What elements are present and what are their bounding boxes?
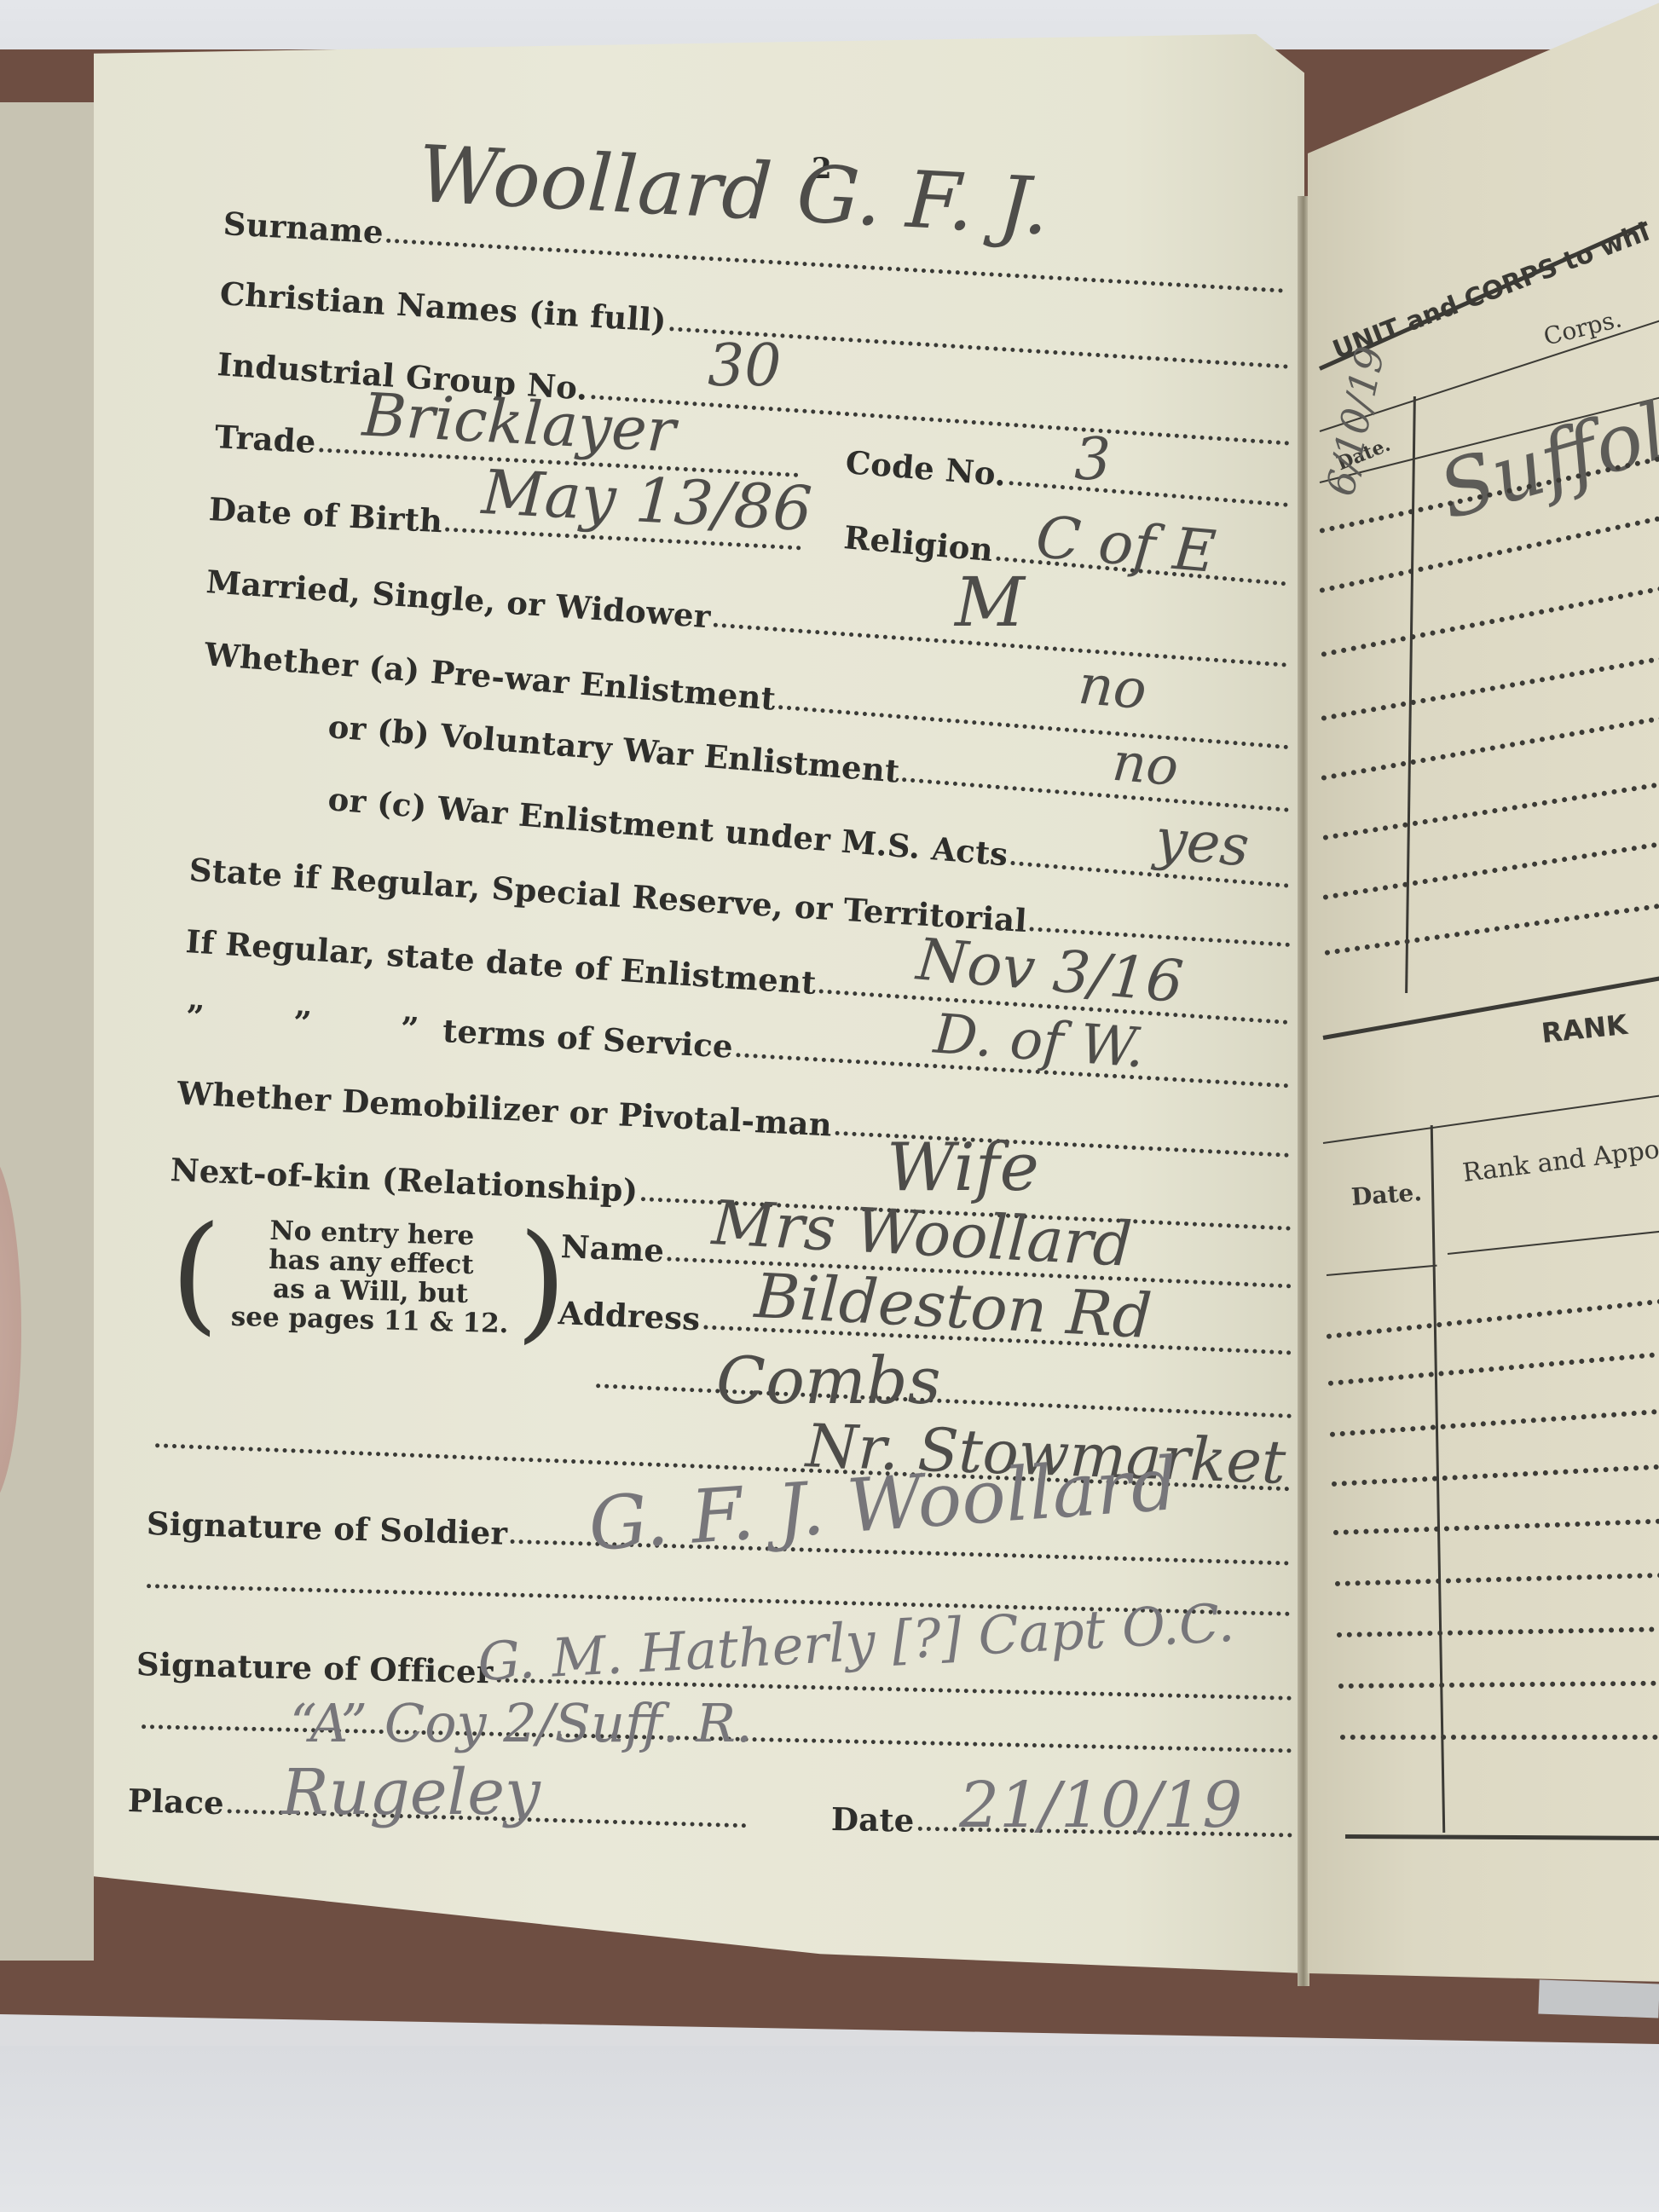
date-value: 21/10/19 bbox=[959, 1769, 1242, 1842]
officer-unit-value: “A” Coy 2/Suff. R. bbox=[290, 1692, 753, 1754]
dotted-line bbox=[1009, 478, 1288, 507]
code-no-row: Code No. bbox=[844, 443, 1293, 516]
dotted-line bbox=[591, 392, 1290, 445]
surname-label: Surname bbox=[223, 205, 384, 251]
enlistment-date-label: If Regular, state date of Enlistment bbox=[185, 922, 818, 1002]
rank-date-column-header: Date. bbox=[1350, 1178, 1423, 1211]
marital-status-value: M bbox=[955, 563, 1025, 642]
tape-strip bbox=[1538, 1980, 1659, 2019]
marital-status-label: Married, Single, or Widower bbox=[205, 563, 712, 635]
demobilizer-label: Whether Demobilizer or Pivotal-man bbox=[176, 1074, 833, 1144]
soldier-details-form: 2 Surname Woollard G. F. J. Christian Na… bbox=[0, 0, 1304, 1961]
bracket-left-icon: ( bbox=[169, 1209, 222, 1337]
next-of-kin-value: Wife bbox=[887, 1129, 1039, 1206]
dotted-line bbox=[596, 1381, 1292, 1418]
trade-label: Trade bbox=[214, 418, 317, 460]
dotted-row bbox=[1340, 1735, 1659, 1740]
nok-name-label: Name bbox=[560, 1227, 665, 1269]
date-of-birth-label: Date of Birth bbox=[208, 490, 443, 540]
voluntary-enlistment-value: no bbox=[1110, 731, 1181, 798]
terms-of-service-label: terms of Service bbox=[442, 1012, 734, 1066]
code-no-value: 3 bbox=[1074, 426, 1111, 494]
background-surface-bottom bbox=[0, 2046, 1659, 2212]
place-label: Place bbox=[127, 1782, 224, 1822]
date-label: Date bbox=[831, 1800, 915, 1839]
place-value: Rugeley bbox=[281, 1756, 540, 1829]
will-note: ( No entry here has any effect as a Will… bbox=[199, 1215, 542, 1339]
religion-label: Religion bbox=[842, 518, 995, 569]
ms-acts-enlistment-value: yes bbox=[1153, 806, 1252, 879]
ditto-marks: ” ” ” bbox=[185, 997, 420, 1048]
ms-acts-enlistment-label: or (c) War Enlistment under M.S. Acts bbox=[327, 780, 1009, 873]
nok-address-label: Address bbox=[558, 1294, 701, 1337]
dotted-line bbox=[902, 775, 1289, 812]
industrial-group-value: 30 bbox=[708, 332, 782, 400]
book-spine bbox=[1298, 196, 1309, 1986]
demobilizer-row: Whether Demobilizer or Pivotal-man bbox=[176, 1074, 1294, 1166]
next-of-kin-label: Next-of-kin (Relationship) bbox=[170, 1151, 639, 1210]
pre-war-enlistment-value: no bbox=[1076, 654, 1149, 723]
soldier-signature-label: Signature of Soldier bbox=[146, 1505, 507, 1552]
code-no-label: Code No. bbox=[844, 443, 1008, 494]
pre-war-enlistment-label: Whether (a) Pre-war Enlistment bbox=[203, 635, 777, 718]
dotted-line bbox=[778, 702, 1289, 749]
officer-signature-label: Signature of Officer bbox=[136, 1645, 494, 1690]
christian-names-label: Christian Names (in full) bbox=[219, 274, 668, 339]
nok-address-line2: Combs bbox=[716, 1343, 941, 1418]
dotted-line bbox=[386, 236, 1284, 293]
